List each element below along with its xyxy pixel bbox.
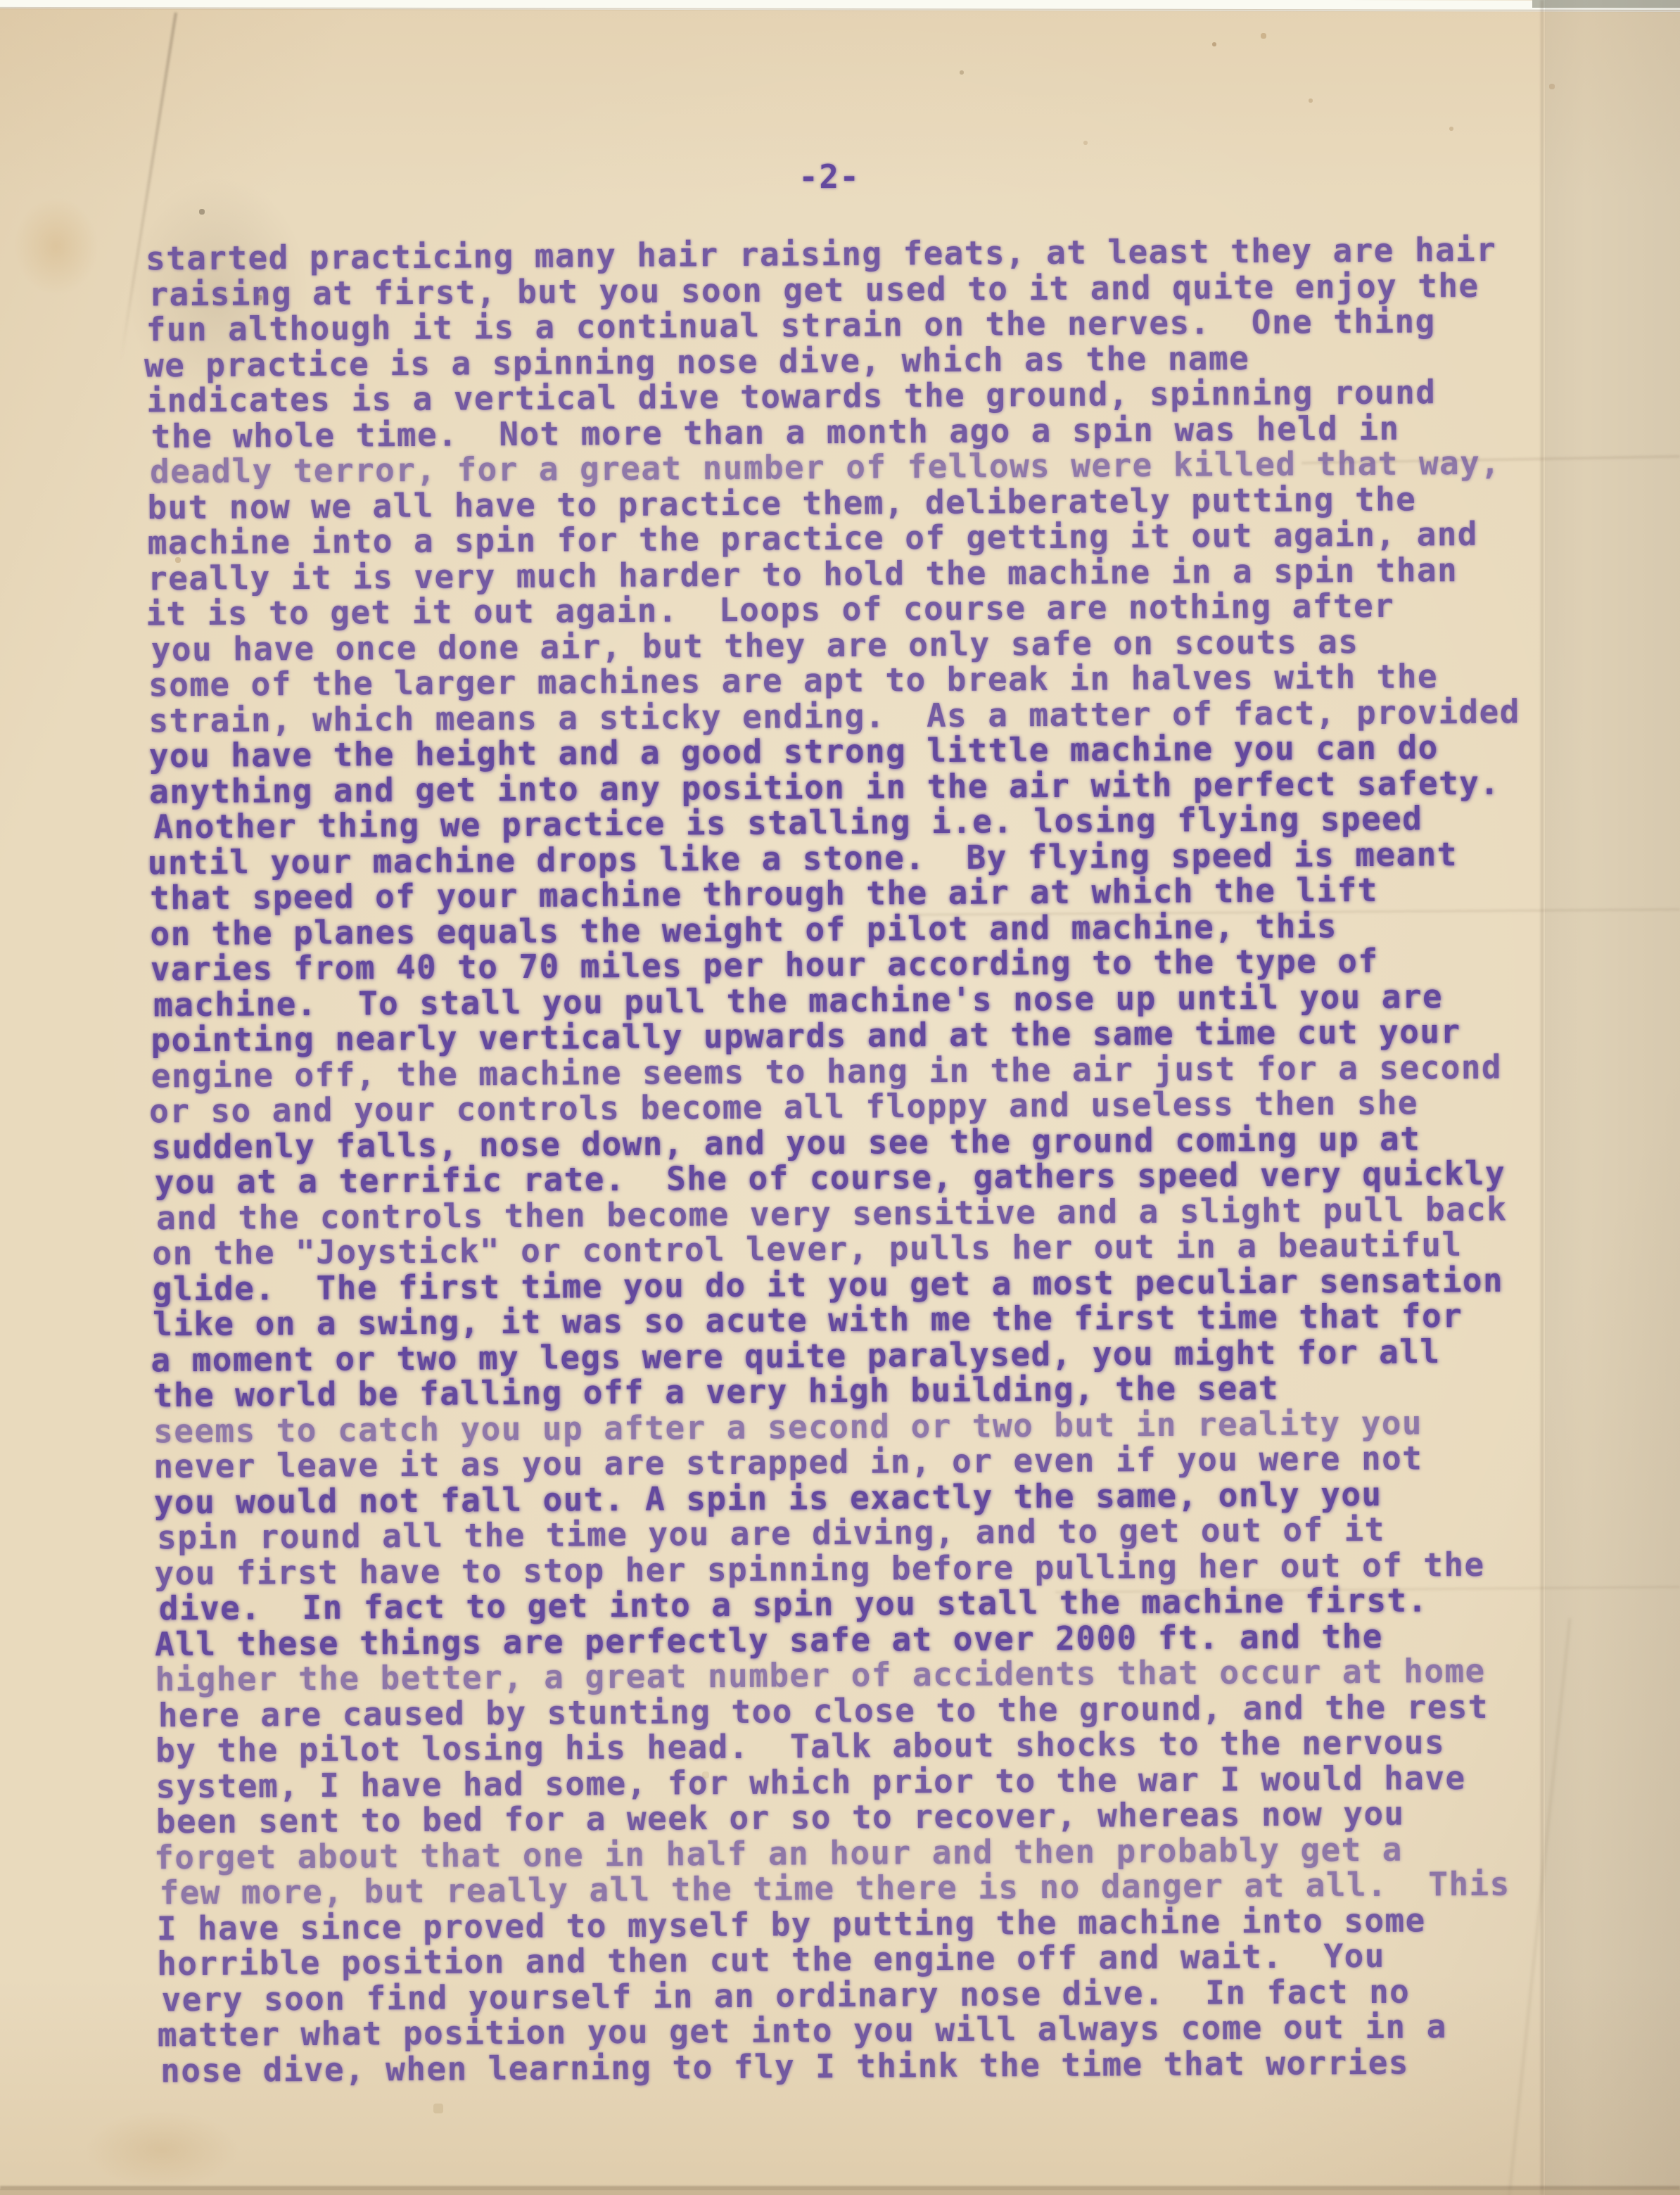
page-number: -2- xyxy=(145,153,1513,201)
letter-content: -2- started practicing many hair raising… xyxy=(0,0,1680,2195)
paper-foxing-spots xyxy=(0,0,1,1)
letter-line: nose dive, when learning to fly I think … xyxy=(160,2043,1635,2088)
letter-body: started practicing many hair raising fea… xyxy=(146,231,1635,2089)
letter-page: -2- started practicing many hair raising… xyxy=(0,0,1680,2195)
